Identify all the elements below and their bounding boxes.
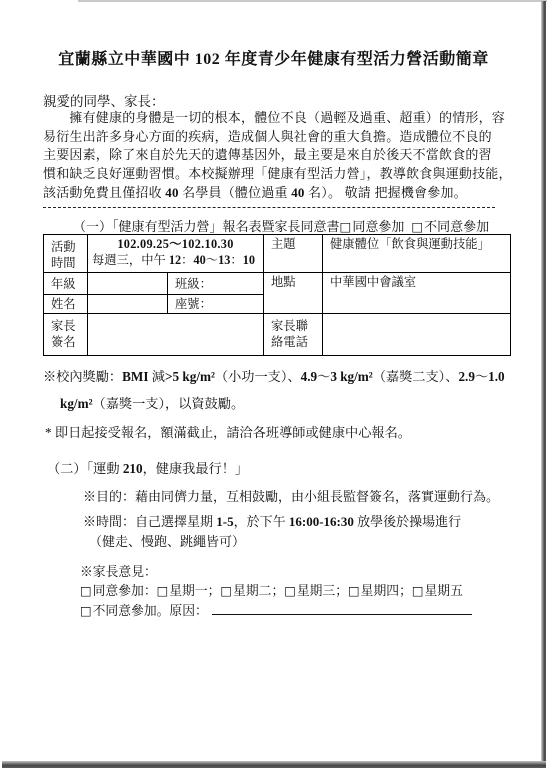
intro-line: 慣和缺乏良好運動習慣。本校擬辦理「健康有型活力營」，教導飲食與運動技能， [43, 165, 523, 184]
reward-line: kg/m²（嘉獎一支），以資鼓勵。 [60, 391, 505, 418]
name-input-cell [88, 295, 168, 314]
section1-heading: （一）「健康有型活力營」報名表暨家長同意書□同意參加□不同意參加 [73, 216, 489, 235]
intro-paragraph: 擁有健康的身體是一切的根本，體位不良（過輕及過重、超重）的情形，容 易衍生出許多… [43, 109, 523, 203]
consent-agree-label: 同意參加 [352, 219, 404, 234]
consent-disagree-option: □不同意參加 [411, 219, 489, 234]
disagree-option-line: □不同意參加。原因： [80, 602, 472, 621]
consent-disagree-label: 不同意參加 [424, 219, 489, 234]
intro-line: 該活動免費且僅招收 40 名學員（體位過重 40 名）。 敬請 把握機會參加。 [43, 184, 523, 203]
intro-line: 主要因素，除了來自於先天的遺傳基因外，最主要是來自於後天不當飲食的習 [43, 146, 523, 165]
weekday-option: □星期四； [348, 584, 412, 598]
parent-opinion-label: ※家長意見： [80, 563, 472, 582]
parent-signature-label: 家長簽名 [44, 314, 88, 356]
reason-blank-line [212, 602, 472, 615]
weekday-option: □星期五 [412, 584, 463, 598]
section2-time-note: （健走、慢跑、跳繩皆可） [89, 531, 245, 550]
parent-opinion-block: ※家長意見： □同意參加：□星期一；□星期二；□星期三；□星期四；□星期五 □不… [80, 563, 472, 621]
section2-purpose: ※目的：藉由同儕力量，互相鼓勵，由小組長監督簽名，落實運動行為。 [83, 486, 499, 505]
section2-heading: （二）「運動 210，健康我最行！」 [47, 458, 248, 477]
page-edge-top [78, 0, 547, 2]
checkbox-icon: □ [220, 584, 232, 598]
salutation: 親愛的同學、家長： [43, 90, 165, 110]
signup-table: 活動時間 102.09.25～102.10.30 每週三，中午 12：40～13… [43, 234, 511, 356]
reward-line: ※校內獎勵：BMI 減>5 kg/m²（小功一支）、4.9～3 kg/m²（嘉獎… [43, 364, 505, 391]
checkbox-icon: □ [157, 584, 169, 598]
registration-note: * 即日起接受報名，額滿截止，請洽各班導師或健康中心報名。 [45, 422, 411, 441]
weekday-option: □星期二； [220, 584, 284, 598]
topic-value: 健康體位「飲食與運動技能」 [323, 235, 511, 273]
disagree-label: 不同意參加。原因： [93, 604, 208, 618]
checkbox-icon: □ [411, 219, 423, 234]
section2-time: ※時間：自己選擇星期 1-5，於下午 16:00-16:30 放學後於操場進行 [83, 511, 461, 530]
activity-date-range: 102.09.25～102.10.30 [91, 236, 260, 252]
weekday-label: 星期三； [297, 584, 348, 598]
consent-agree-option: □同意參加 [340, 219, 405, 234]
checkbox-icon: □ [80, 584, 92, 598]
dashed-separator [43, 207, 495, 208]
intro-line: 擁有健康的身體是一切的根本，體位不良（過輕及過重、超重）的情形，容 [43, 109, 523, 128]
name-label: 姓名 [44, 295, 88, 314]
weekday-label: 星期一； [169, 584, 220, 598]
checkbox-icon: □ [284, 584, 296, 598]
grade-label: 年級 [44, 273, 88, 295]
weekday-option: □星期一； [157, 584, 221, 598]
checkbox-icon: □ [340, 219, 352, 234]
page-shadow-right [541, 1, 546, 767]
page-title: 宜蘭縣立中華國中 102 年度青少年健康有型活力營活動簡章 [0, 46, 547, 69]
seat-label: 座號： [168, 295, 264, 314]
weekday-option: □星期三； [284, 584, 348, 598]
activity-schedule: 每週三，中午 12：40～13：10 [91, 252, 260, 268]
intro-line: 易衍生出許多身心方面的疾病，造成個人與社會的重大負擔。造成體位不良的 [43, 128, 523, 147]
topic-label: 主題 [264, 235, 323, 273]
page-shadow-bottom [2, 761, 546, 768]
parent-phone-cell [323, 314, 511, 356]
location-value: 中華國中會議室 [323, 273, 511, 314]
checkbox-icon: □ [348, 584, 360, 598]
activity-time-label: 活動時間 [44, 235, 88, 273]
class-label: 班級： [168, 273, 264, 295]
section1-heading-text: （一）「健康有型活力營」報名表暨家長同意書 [73, 219, 340, 234]
document-page: 宜蘭縣立中華國中 102 年度青少年健康有型活力營活動簡章 親愛的同學、家長： … [0, 0, 547, 772]
checkbox-icon: □ [80, 604, 92, 618]
checkbox-icon: □ [412, 584, 424, 598]
weekday-label: 星期二； [233, 584, 284, 598]
reward-note: ※校內獎勵：BMI 減>5 kg/m²（小功一支）、4.9～3 kg/m²（嘉獎… [43, 364, 505, 417]
agree-option-line: □同意參加：□星期一；□星期二；□星期三；□星期四；□星期五 [80, 582, 472, 601]
parent-phone-label: 家長聯絡電話 [264, 314, 323, 356]
location-label: 地點 [264, 273, 323, 314]
weekday-label: 星期五 [424, 584, 462, 598]
grade-input-cell [88, 273, 168, 295]
weekday-label: 星期四； [361, 584, 412, 598]
activity-time-value-cell: 102.09.25～102.10.30 每週三，中午 12：40～13：10 [88, 235, 264, 273]
agree-label: 同意參加： [93, 584, 157, 598]
parent-signature-cell [88, 314, 264, 356]
